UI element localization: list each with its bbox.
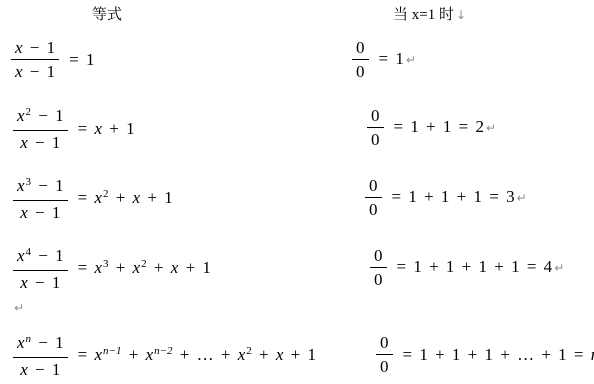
numerator: 0 <box>367 106 384 128</box>
numerator: 0 <box>370 246 387 268</box>
equation-rhs: = 1↵ <box>379 49 416 70</box>
equation-rhs: = 1 + 1 + 1 = 3↵ <box>392 187 527 208</box>
column-header-equations: 等式 <box>92 3 122 24</box>
fraction: x3 − 1 x − 1 <box>13 176 68 222</box>
fraction: xn − 1 x − 1 <box>13 333 68 379</box>
fraction: 0 0 <box>365 176 382 219</box>
equation-row-5-left: xn − 1 x − 1 = xn−1 + xn−2 + … + x2 + x … <box>13 333 316 379</box>
equation-rhs: = 1 + 1 + 1 + … + 1 = n <box>403 345 594 365</box>
denominator: x − 1 <box>11 60 59 81</box>
fraction: x2 − 1 x − 1 <box>13 106 68 152</box>
numerator: 0 <box>376 333 393 355</box>
equation-row-2-right: 0 0 = 1 + 1 = 2↵ <box>367 106 496 149</box>
fraction: 0 0 <box>352 38 369 81</box>
numerator: x2 − 1 <box>13 106 68 131</box>
denominator: 0 <box>367 128 384 149</box>
numerator: xn − 1 <box>13 333 68 358</box>
equation-rhs: = x + 1 <box>78 119 135 139</box>
fraction: 0 0 <box>370 246 387 289</box>
numerator: x − 1 <box>11 38 59 60</box>
line-break-mark: ↓ <box>456 8 466 22</box>
column-header-at-x-equals-1: 当 x=1 时↓ <box>393 3 466 24</box>
equation-row-1-right: 0 0 = 1↵ <box>352 38 416 81</box>
equation-rhs: = x2 + x + 1 <box>78 188 173 210</box>
denominator: 0 <box>365 198 382 219</box>
equation-row-5-right: 0 0 = 1 + 1 + 1 + … + 1 = n <box>376 333 594 376</box>
denominator: 0 <box>352 60 369 81</box>
fraction: x − 1 x − 1 <box>11 38 59 81</box>
numerator: 0 <box>352 38 369 60</box>
equation-rhs: = xn−1 + xn−2 + … + x2 + x + 1 <box>78 345 316 367</box>
denominator: x − 1 <box>13 271 68 292</box>
denominator: x − 1 <box>13 131 68 152</box>
numerator: x3 − 1 <box>13 176 68 201</box>
document-page: 等式 当 x=1 时↓ x − 1 x − 1 = 1 0 0 = 1↵ x2 … <box>0 0 594 384</box>
equation-row-4-left: x4 − 1 x − 1 = x3 + x2 + x + 1 <box>13 246 211 292</box>
fraction: x4 − 1 x − 1 <box>13 246 68 292</box>
denominator: x − 1 <box>13 358 68 379</box>
equation-rhs: = x3 + x2 + x + 1 <box>78 258 211 280</box>
equation-rhs: = 1 + 1 + 1 + 1 = 4↵ <box>397 257 565 278</box>
equation-rhs: = 1 + 1 = 2↵ <box>394 117 497 138</box>
column-header-right-label: 当 x=1 时 <box>393 7 454 23</box>
equation-row-3-left: x3 − 1 x − 1 = x2 + x + 1 <box>13 176 173 222</box>
equation-row-2-left: x2 − 1 x − 1 = x + 1 <box>13 106 135 152</box>
equation-row-3-right: 0 0 = 1 + 1 + 1 = 3↵ <box>365 176 527 219</box>
fraction: 0 0 <box>367 106 384 149</box>
equation-row-1-left: x − 1 x − 1 = 1 <box>11 38 94 81</box>
numerator: 0 <box>365 176 382 198</box>
denominator: x − 1 <box>13 201 68 222</box>
column-header-equations-label: 等式 <box>92 7 122 23</box>
numerator: x4 − 1 <box>13 246 68 271</box>
fraction: 0 0 <box>376 333 393 376</box>
equation-row-4-right: 0 0 = 1 + 1 + 1 + 1 = 4↵ <box>370 246 564 289</box>
paragraph-return-mark: ↵ <box>14 301 24 315</box>
equation-rhs: = 1 <box>69 50 94 70</box>
denominator: 0 <box>376 355 393 376</box>
denominator: 0 <box>370 268 387 289</box>
